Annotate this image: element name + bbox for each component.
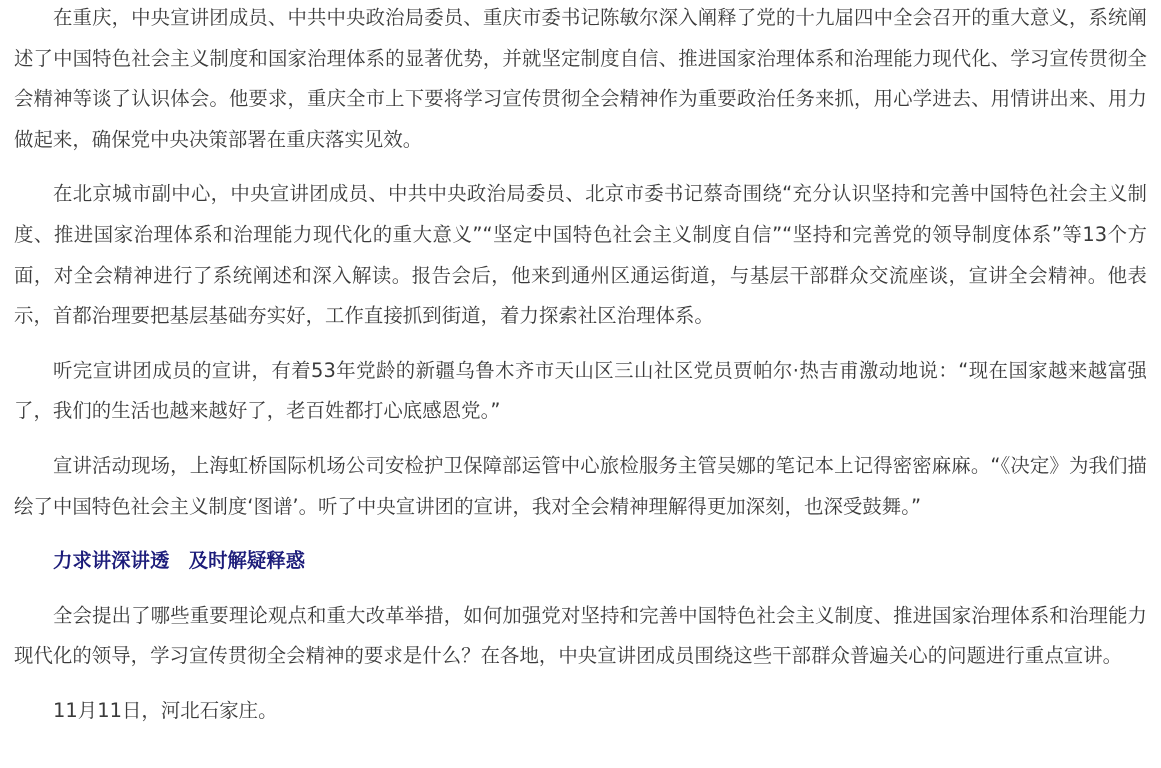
article-body: 在重庆，中央宣讲团成员、中共中央政治局委员、重庆市委书记陈敏尔深入阐释了党的十九… <box>0 0 1161 732</box>
section-heading: 力求讲深讲透 及时解疑释惑 <box>14 541 1147 582</box>
paragraph-beijing: 在北京城市副中心，中央宣讲团成员、中共中央政治局委员、北京市委书记蔡奇围绕“充分… <box>14 174 1147 336</box>
paragraph-shanghai: 宣讲活动现场，上海虹桥国际机场公司安检护卫保障部运管中心旅检服务主管吴娜的笔记本… <box>14 446 1147 527</box>
paragraph-xinjiang: 听完宣讲团成员的宣讲，有着53年党龄的新疆乌鲁木齐市天山区三山社区党员贾帕尔·热… <box>14 351 1147 432</box>
paragraph-questions: 全会提出了哪些重要理论观点和重大改革举措，如何加强党对坚持和完善中国特色社会主义… <box>14 596 1147 677</box>
paragraph-chongqing: 在重庆，中央宣讲团成员、中共中央政治局委员、重庆市委书记陈敏尔深入阐释了党的十九… <box>14 0 1147 160</box>
paragraph-dateline: 11月11日，河北石家庄。 <box>14 691 1147 732</box>
